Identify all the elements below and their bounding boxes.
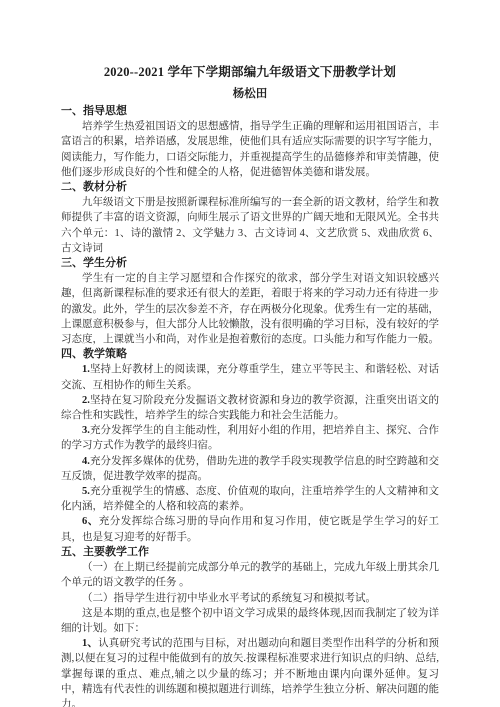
document-title: 2020--2021 学年下学期部编九年级语文下册教学计划 bbox=[61, 64, 439, 81]
work-item: （二）指导学生进行初中毕业水平考试的系统复习和模拟考试。 bbox=[61, 591, 439, 606]
paragraph: 学生有一定的自主学习愿望和合作探究的欲求，部分学生对语文知识较感兴趣，但离新课程… bbox=[61, 271, 439, 347]
work-item: 这是本期的重点,也是整个初中语文学习成果的最终体现,因而我制定了较为详细的计划。… bbox=[61, 606, 439, 636]
document-author: 杨松田 bbox=[61, 87, 439, 101]
section-heading: 四、教学策略 bbox=[61, 347, 439, 362]
item-number: 3. bbox=[82, 425, 90, 436]
paragraph-text: 充分发挥多媒体的优势，借助先进的教学手段实现教学信息的时空跨越和交互反馈，促进教… bbox=[61, 456, 439, 482]
paragraph-text: 认真研究考试的范围与目标，对出题动向和题目类型作出科学的分析和预测,以便在复习的… bbox=[61, 638, 439, 707]
item-number: 1. bbox=[82, 364, 90, 375]
paragraph-text: 充分发挥综合练习册的导向作用和复习作用，使它既是学生学习的好工具，也是复习迎考的… bbox=[61, 516, 439, 542]
section-heading: 五、主要教学工作 bbox=[61, 545, 439, 560]
item-number: 6、 bbox=[82, 516, 99, 527]
item-number: 1、 bbox=[82, 638, 98, 649]
section-heading: 二、教材分析 bbox=[61, 180, 439, 195]
paragraph-text: 学生有一定的自主学习愿望和合作探究的欲求，部分学生对语文知识较感兴趣，但离新课程… bbox=[61, 273, 439, 345]
section-main-teaching-work: 五、主要教学工作 （一）在上期已经提前完成部分单元的教学的基础上，完成九年级上册… bbox=[61, 545, 439, 707]
page: 2020--2021 学年下学期部编九年级语文下册教学计划 杨松田 一、指导思想… bbox=[0, 0, 500, 707]
work-item: （一）在上期已经提前完成部分单元的教学的基础上，完成九年级上册其余几个单元的语文… bbox=[61, 560, 439, 590]
work-item: 1、认真研究考试的范围与目标，对出题动向和题目类型作出科学的分析和预测,以便在复… bbox=[61, 636, 439, 707]
section-heading: 三、学生分析 bbox=[61, 256, 439, 271]
strategy-item: 2.坚持在复习阶段充分发掘语文教材资源和身边的教学资源，注重突出语文的综合性和实… bbox=[61, 393, 439, 423]
paragraph-text: 坚持在复习阶段充分发掘语文教材资源和身边的教学资源，注重突出语文的综合性和实践性… bbox=[61, 395, 439, 421]
strategy-item: 3.充分发挥学生的自主能动性，利用好小组的作用，把培养自主、探究、合作的学习方式… bbox=[61, 423, 439, 453]
section-textbook-analysis: 二、教材分析 九年级语文下册是按照新课程标准所编写的一套全新的语文教材，给学生和… bbox=[61, 180, 439, 256]
item-number: 4. bbox=[82, 456, 90, 467]
section-guiding-ideology: 一、指导思想 培养学生热爱祖国语文的思想感情，指导学生正确的理解和运用祖国语言，… bbox=[61, 104, 439, 180]
item-number: 2. bbox=[82, 395, 90, 406]
paragraph-text: 九年级语文下册是按照新课程标准所编写的一套全新的语文教材，给学生和教师提供了丰富… bbox=[61, 197, 439, 254]
section-teaching-strategies: 四、教学策略 1.坚持上好教材上的阅读课，充分尊重学生，建立平等民主、和谐轻松、… bbox=[61, 347, 439, 545]
paragraph-text: 充分发挥学生的自主能动性，利用好小组的作用，把培养自主、探究、合作的学习方式作为… bbox=[61, 425, 439, 451]
paragraph: 培养学生热爱祖国语文的思想感情，指导学生正确的理解和运用祖国语言，丰富语言的积累… bbox=[61, 119, 439, 180]
section-student-analysis: 三、学生分析 学生有一定的自主学习愿望和合作探究的欲求，部分学生对语文知识较感兴… bbox=[61, 256, 439, 347]
paragraph-text: 坚持上好教材上的阅读课，充分尊重学生，建立平等民主、和谐轻松、对话交流、互相协作… bbox=[61, 364, 439, 390]
strategy-item: 6、充分发挥综合练习册的导向作用和复习作用，使它既是学生学习的好工具，也是复习迎… bbox=[61, 514, 439, 544]
paragraph-text: 充分重视学生的情感、态度、价值观的取向，注重培养学生的人文精神和文化内涵，培养健… bbox=[61, 486, 439, 512]
paragraph-text: （二）指导学生进行初中毕业水平考试的系统复习和模拟考试。 bbox=[82, 593, 376, 604]
section-heading: 一、指导思想 bbox=[61, 104, 439, 119]
paragraph-text: 培养学生热爱祖国语文的思想感情，指导学生正确的理解和运用祖国语言，丰富语言的积累… bbox=[61, 121, 439, 178]
strategy-item: 4.充分发挥多媒体的优势，借助先进的教学手段实现教学信息的时空跨越和交互反馈，促… bbox=[61, 454, 439, 484]
item-number: 5. bbox=[82, 486, 90, 497]
document-page: { "document": { "title": "2020--2021 学年下… bbox=[0, 0, 500, 707]
strategy-item: 5.充分重视学生的情感、态度、价值观的取向，注重培养学生的人文精神和文化内涵，培… bbox=[61, 484, 439, 514]
paragraph: 九年级语文下册是按照新课程标准所编写的一套全新的语文教材，给学生和教师提供了丰富… bbox=[61, 195, 439, 256]
strategy-item: 1.坚持上好教材上的阅读课，充分尊重学生，建立平等民主、和谐轻松、对话交流、互相… bbox=[61, 362, 439, 392]
paragraph-text: （一）在上期已经提前完成部分单元的教学的基础上，完成九年级上册其余几个单元的语文… bbox=[61, 562, 439, 588]
paragraph-text: 这是本期的重点,也是整个初中语文学习成果的最终体现,因而我制定了较为详细的计划。… bbox=[61, 608, 439, 634]
